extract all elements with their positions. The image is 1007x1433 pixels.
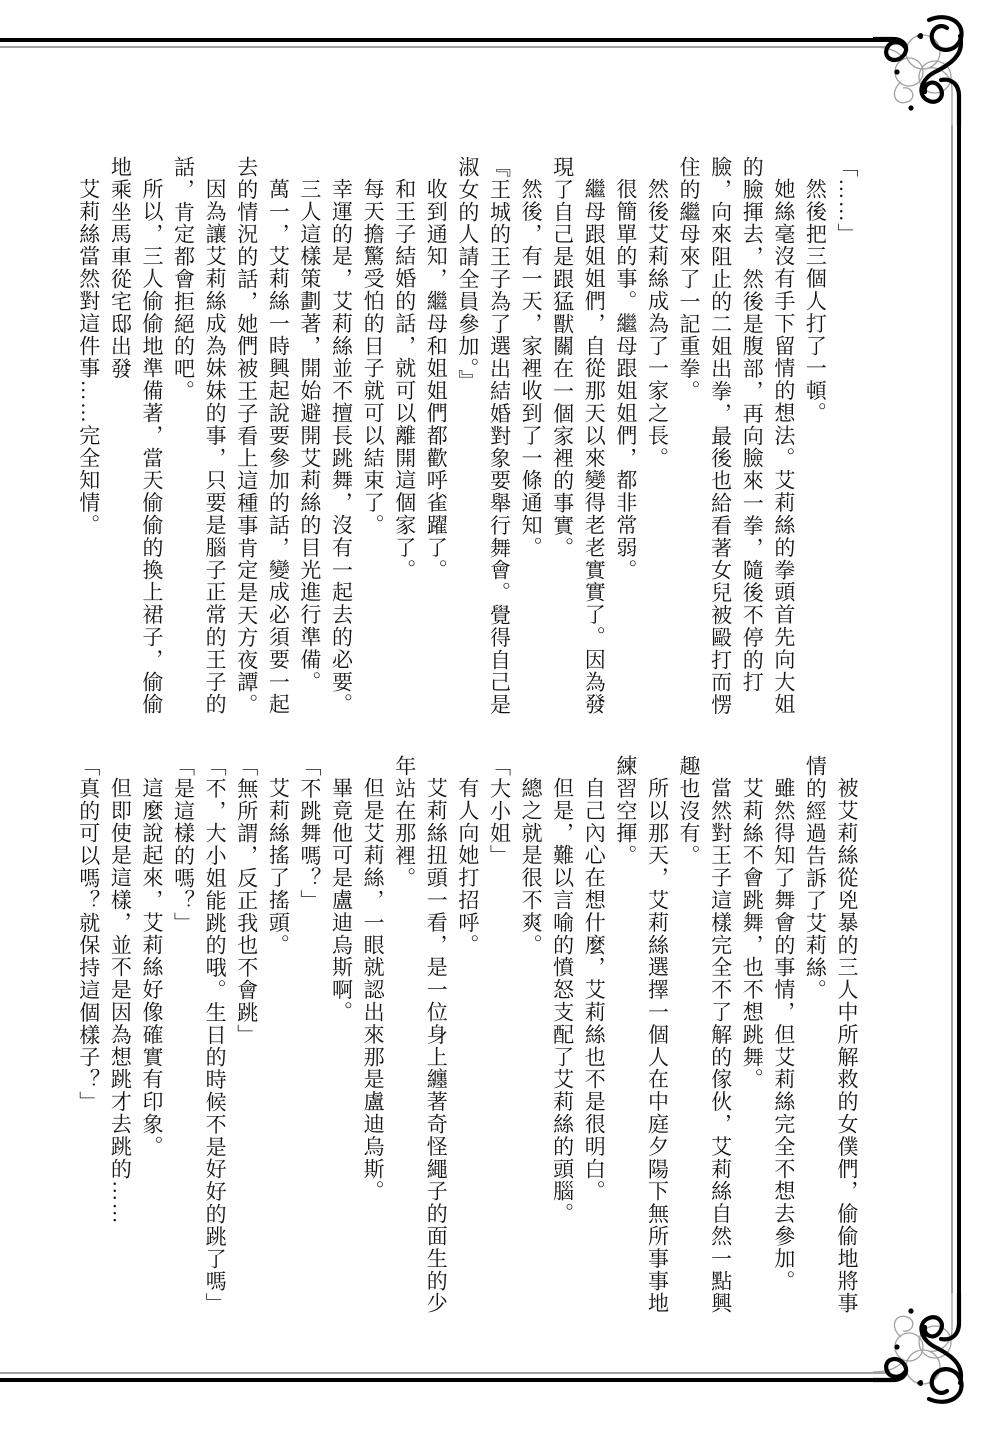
paragraph: 但即使是這樣，並不是因為想跳才去跳的…… [104, 755, 136, 1316]
paragraph: 自己內心在想什麼，艾莉絲也不是很明白。 [578, 755, 610, 1316]
corner-flourish-icon [873, 14, 983, 126]
paragraph: 所以，三人偷偷地準備著，當天偷偷的換上裙子，偷偷地乘坐馬車從宅邸出發 [104, 156, 167, 717]
corner-flourish-mirrored-icon [873, 1293, 983, 1405]
paragraph: 艾莉絲扭頭一看，是一位身上纏著奇怪繩子的面生的少年站在那裡。 [388, 755, 451, 1316]
upper-text-block: 「……」 然後把三個人打了一頓。 她絲毫沒有手下留情的想法。艾莉絲的拳頭首先向大… [72, 156, 862, 717]
paragraph: 但是艾莉絲，一眼就認出來那是盧迪烏斯。 [357, 755, 389, 1316]
paragraph: 艾莉絲搖了搖頭。 [262, 755, 294, 1316]
paragraph: 然後把三個人打了一頓。 [799, 156, 831, 717]
frame-top-thin-line [0, 46, 890, 48]
paragraph: 總之就是很不爽。 [514, 755, 546, 1316]
paragraph: 「大小姐」 [483, 755, 515, 1316]
paragraph: 艾莉絲當然對這件事……完全知情。 [72, 156, 104, 717]
frame-right-thin-line [951, 125, 953, 1293]
paragraph: 這麼說起來，艾莉絲好像確實有印象。 [135, 755, 167, 1316]
paragraph: 因為讓艾莉絲成為妹妹的事，只要是腦子正常的王子的話，肯定都會拒絕的吧。 [167, 156, 230, 717]
paragraph: 「是這樣的嗎？」 [167, 755, 199, 1316]
frame-bottom-thick-line [0, 1378, 895, 1382]
paragraph: 「不，大小姐能跳的哦。生日的時候不是好好的跳了嗎」 [199, 755, 231, 1316]
paragraph: 然後艾莉絲成為了一家之長。 [641, 156, 673, 717]
novel-page: { "document": { "type": "light-novel-pag… [0, 0, 1007, 1433]
paragraph: 雖然得知了舞會的事情，但艾莉絲完全不想去參加。 [767, 755, 799, 1316]
paragraph: 「……」 [830, 156, 862, 717]
frame-top-thick-line [0, 38, 895, 42]
paragraph: 當然對王子這樣完全不了解的傢伙，艾莉絲自然一點興趣也沒有。 [672, 755, 735, 1316]
paragraph: 『王城的王子為了選出結婚對象要舉行舞會。覺得自己是淑女的人請全員參加。』 [451, 156, 514, 717]
paragraph: 「真的可以嗎？就保持這個樣子？」 [72, 755, 104, 1316]
frame-bottom-thin-line [0, 1372, 890, 1374]
paragraph: 三人這樣策劃著，開始避開艾莉絲的目光進行準備。 [293, 156, 325, 717]
paragraph: 被艾莉絲從兇暴的三人中所解救的女僕們，偷偷地將事情的經過告訴了艾莉絲。 [799, 755, 862, 1316]
paragraph: 她絲毫沒有手下留情的想法。艾莉絲的拳頭首先向大姐的臉揮去，然後是腹部，再向臉來一… [672, 156, 798, 717]
paragraph: 有人向她打招呼。 [451, 755, 483, 1316]
paragraph: 收到通知，繼母和姐姐們都歡呼雀躍了。 [420, 156, 452, 717]
paragraph: 「不跳舞嗎？」 [293, 755, 325, 1316]
paragraph: 很簡單的事。繼母跟姐姐們，都非常弱。 [609, 156, 641, 717]
paragraph: 繼母跟姐姐們，自從那天以來變得老老實實了。因為發現了自己是跟猛獸關在一個家裡的事… [546, 156, 609, 717]
paragraph: 萬一，艾莉絲一時興起說要參加的話，變成必須要一起去的情況的話，她們被王子看上這種… [230, 156, 293, 717]
paragraph: 艾莉絲不會跳舞，也不想跳舞。 [736, 755, 768, 1316]
paragraph: 每天擔驚受怕的日子就可以結束了。 [357, 156, 389, 717]
paragraph: 所以那天，艾莉絲選擇一個人在中庭夕陽下無所事事地練習空揮。 [609, 755, 672, 1316]
paragraph: 但是，難以言喻的憤怒支配了艾莉絲的頭腦。 [546, 755, 578, 1316]
frame-right-thick-line [957, 125, 961, 1293]
paragraph: 畢竟他可是盧迪烏斯啊。 [325, 755, 357, 1316]
paragraph: 幸運的是，艾莉絲並不擅長跳舞，沒有一起去的必要。 [325, 156, 357, 717]
paragraph: 然後，有一天，家裡收到了一條通知。 [514, 156, 546, 717]
paragraph: 和王子結婚的話，就可以離開這個家了。 [388, 156, 420, 717]
lower-text-block: 被艾莉絲從兇暴的三人中所解救的女僕們，偷偷地將事情的經過告訴了艾莉絲。 雖然得知… [72, 755, 862, 1316]
paragraph: 「無所謂，反正我也不會跳」 [230, 755, 262, 1316]
